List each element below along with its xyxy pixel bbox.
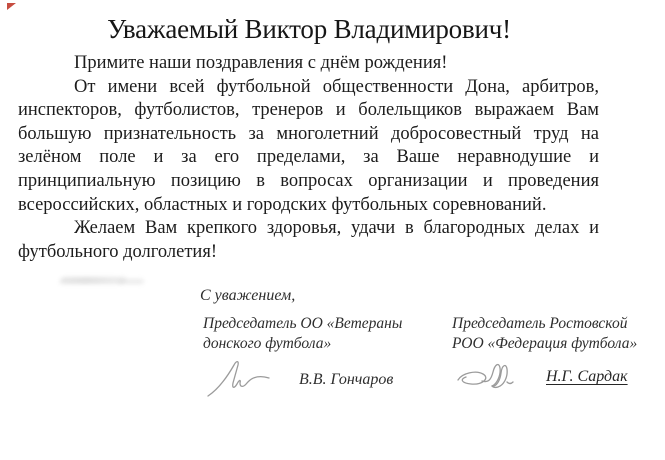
letter-line: инспекторов, футболистов, тренеров и бол… [18,99,599,123]
closing-salutation: С уважением, [200,287,295,305]
letter-line: всероссийских, областных и городских фут… [18,194,599,218]
letter-line: Желаем Вам крепкого здоровья, удачи в бл… [18,217,599,241]
signatory-title-right: Председатель Ростовской РОО «Федерация ф… [452,314,637,353]
signatory-title-left-line1: Председатель ОО «Ветераны [203,314,402,334]
signatory-name-right: Н.Г. Сардак [546,368,628,386]
letter-page: Уважаемый Виктор Владимирович! Примите н… [0,0,665,460]
smudge-artifact [59,277,126,284]
smudge-artifact [118,279,144,284]
letter-line: Примите наши поздравления с днём рождени… [18,52,599,76]
letter-line: футбольного долголетия! [18,241,599,265]
handwritten-signature-right-icon [452,360,516,397]
letter-title: Уважаемый Виктор Владимирович! [18,14,600,45]
letter-line: большую признательность за многолетний д… [18,123,599,147]
signatory-title-left-line2: донского футбола» [203,334,402,354]
letter-line: От имени всей футбольной общественности … [18,76,599,100]
letter-body: Примите наши поздравления с днём рождени… [18,52,599,264]
signatory-name-left: В.В. Гончаров [299,371,393,389]
handwritten-signature-left-icon [205,352,273,407]
red-triangle-artifact-icon [7,3,16,10]
signatory-title-left: Председатель ОО «Ветераны донского футбо… [203,314,402,353]
signatory-title-right-line2: РОО «Федерация футбола» [452,334,637,354]
signatory-title-right-line1: Председатель Ростовской [452,314,637,334]
letter-line: принципиальную позицию в вопросах органи… [18,170,599,194]
letter-line: зелёном поле и за его пределами, за Ваше… [18,146,599,170]
